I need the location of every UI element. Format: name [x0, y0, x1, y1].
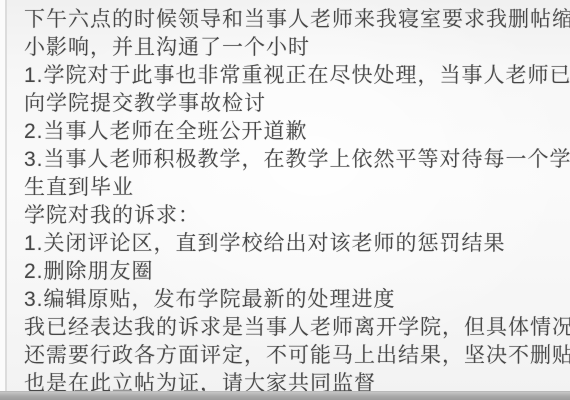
left-edge-line: [5, 0, 7, 400]
text-line: 2.当事人老师在全班公开道歉: [24, 118, 564, 146]
text-line: 1.学院对于此事也非常重视正在尽快处理，当事人老师已: [24, 62, 564, 90]
text-post-page: 下午六点的时候领导和当事人老师来我寝室要求我删帖缩 小影响，并且沟通了一个小时 …: [0, 0, 570, 400]
text-line: 1.关闭评论区，直到学校给出对该老师的惩罚结果: [24, 230, 564, 258]
text-line: 学院对我的诉求：: [24, 202, 564, 230]
text-line: 3.编辑原贴，发布学院最新的处理进度: [24, 286, 564, 314]
text-line: 小影响，并且沟通了一个小时: [24, 34, 564, 62]
bottom-edge-bar: [0, 391, 570, 400]
text-line: 3.当事人老师积极教学，在教学上依然平等对待每一个学: [24, 146, 564, 174]
text-line: 向学院提交教学事故检讨: [24, 90, 564, 118]
post-text-block: 下午六点的时候领导和当事人老师来我寝室要求我删帖缩 小影响，并且沟通了一个小时 …: [24, 6, 564, 398]
text-line: 我已经表达我的诉求是当事人老师离开学院，但具体情况: [24, 314, 564, 342]
text-line: 下午六点的时候领导和当事人老师来我寝室要求我删帖缩: [24, 6, 564, 34]
text-line: 2.删除朋友圈: [24, 258, 564, 286]
text-line: 生直到毕业: [24, 174, 564, 202]
text-line: 还需要行政各方面评定，不可能马上出结果，坚决不删贴: [24, 342, 564, 370]
